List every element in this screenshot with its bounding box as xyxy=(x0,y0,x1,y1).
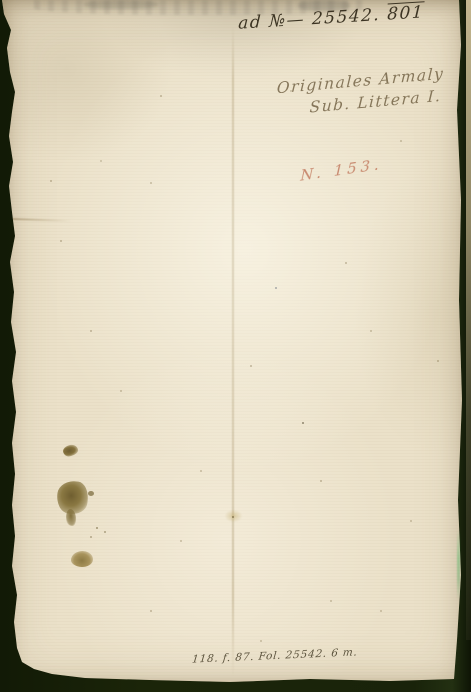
ink-stain-dot xyxy=(88,491,94,496)
top-reference-number: 25542. xyxy=(312,5,381,29)
ink-stain-small xyxy=(62,443,79,457)
paper-speckles xyxy=(0,0,2,2)
faint-stain-spot xyxy=(225,510,242,522)
document-page: ad №— 25542. 801 Originales Armaly Sub. … xyxy=(0,0,471,692)
left-edge-crease xyxy=(12,218,72,222)
scanner-background: ad №— 25542. 801 Originales Armaly Sub. … xyxy=(0,0,471,692)
scan-edge-color-artifact xyxy=(457,530,460,600)
ink-stain-lower xyxy=(70,550,93,567)
bottom-reference-inscription: 118. f. 87. Fol. 25542. 6 m. xyxy=(191,646,358,665)
ink-bleedthrough-smudge xyxy=(84,0,158,9)
vertical-fold-crease xyxy=(232,26,234,676)
underlying-page-edge xyxy=(466,0,471,640)
red-number-inscription: N. 153. xyxy=(300,155,383,185)
top-reference-year: 801 xyxy=(387,2,425,24)
archival-note-inscription: Originales Armaly Sub. Littera I. xyxy=(275,62,445,122)
top-reference-prefix: ad №— xyxy=(238,10,306,34)
